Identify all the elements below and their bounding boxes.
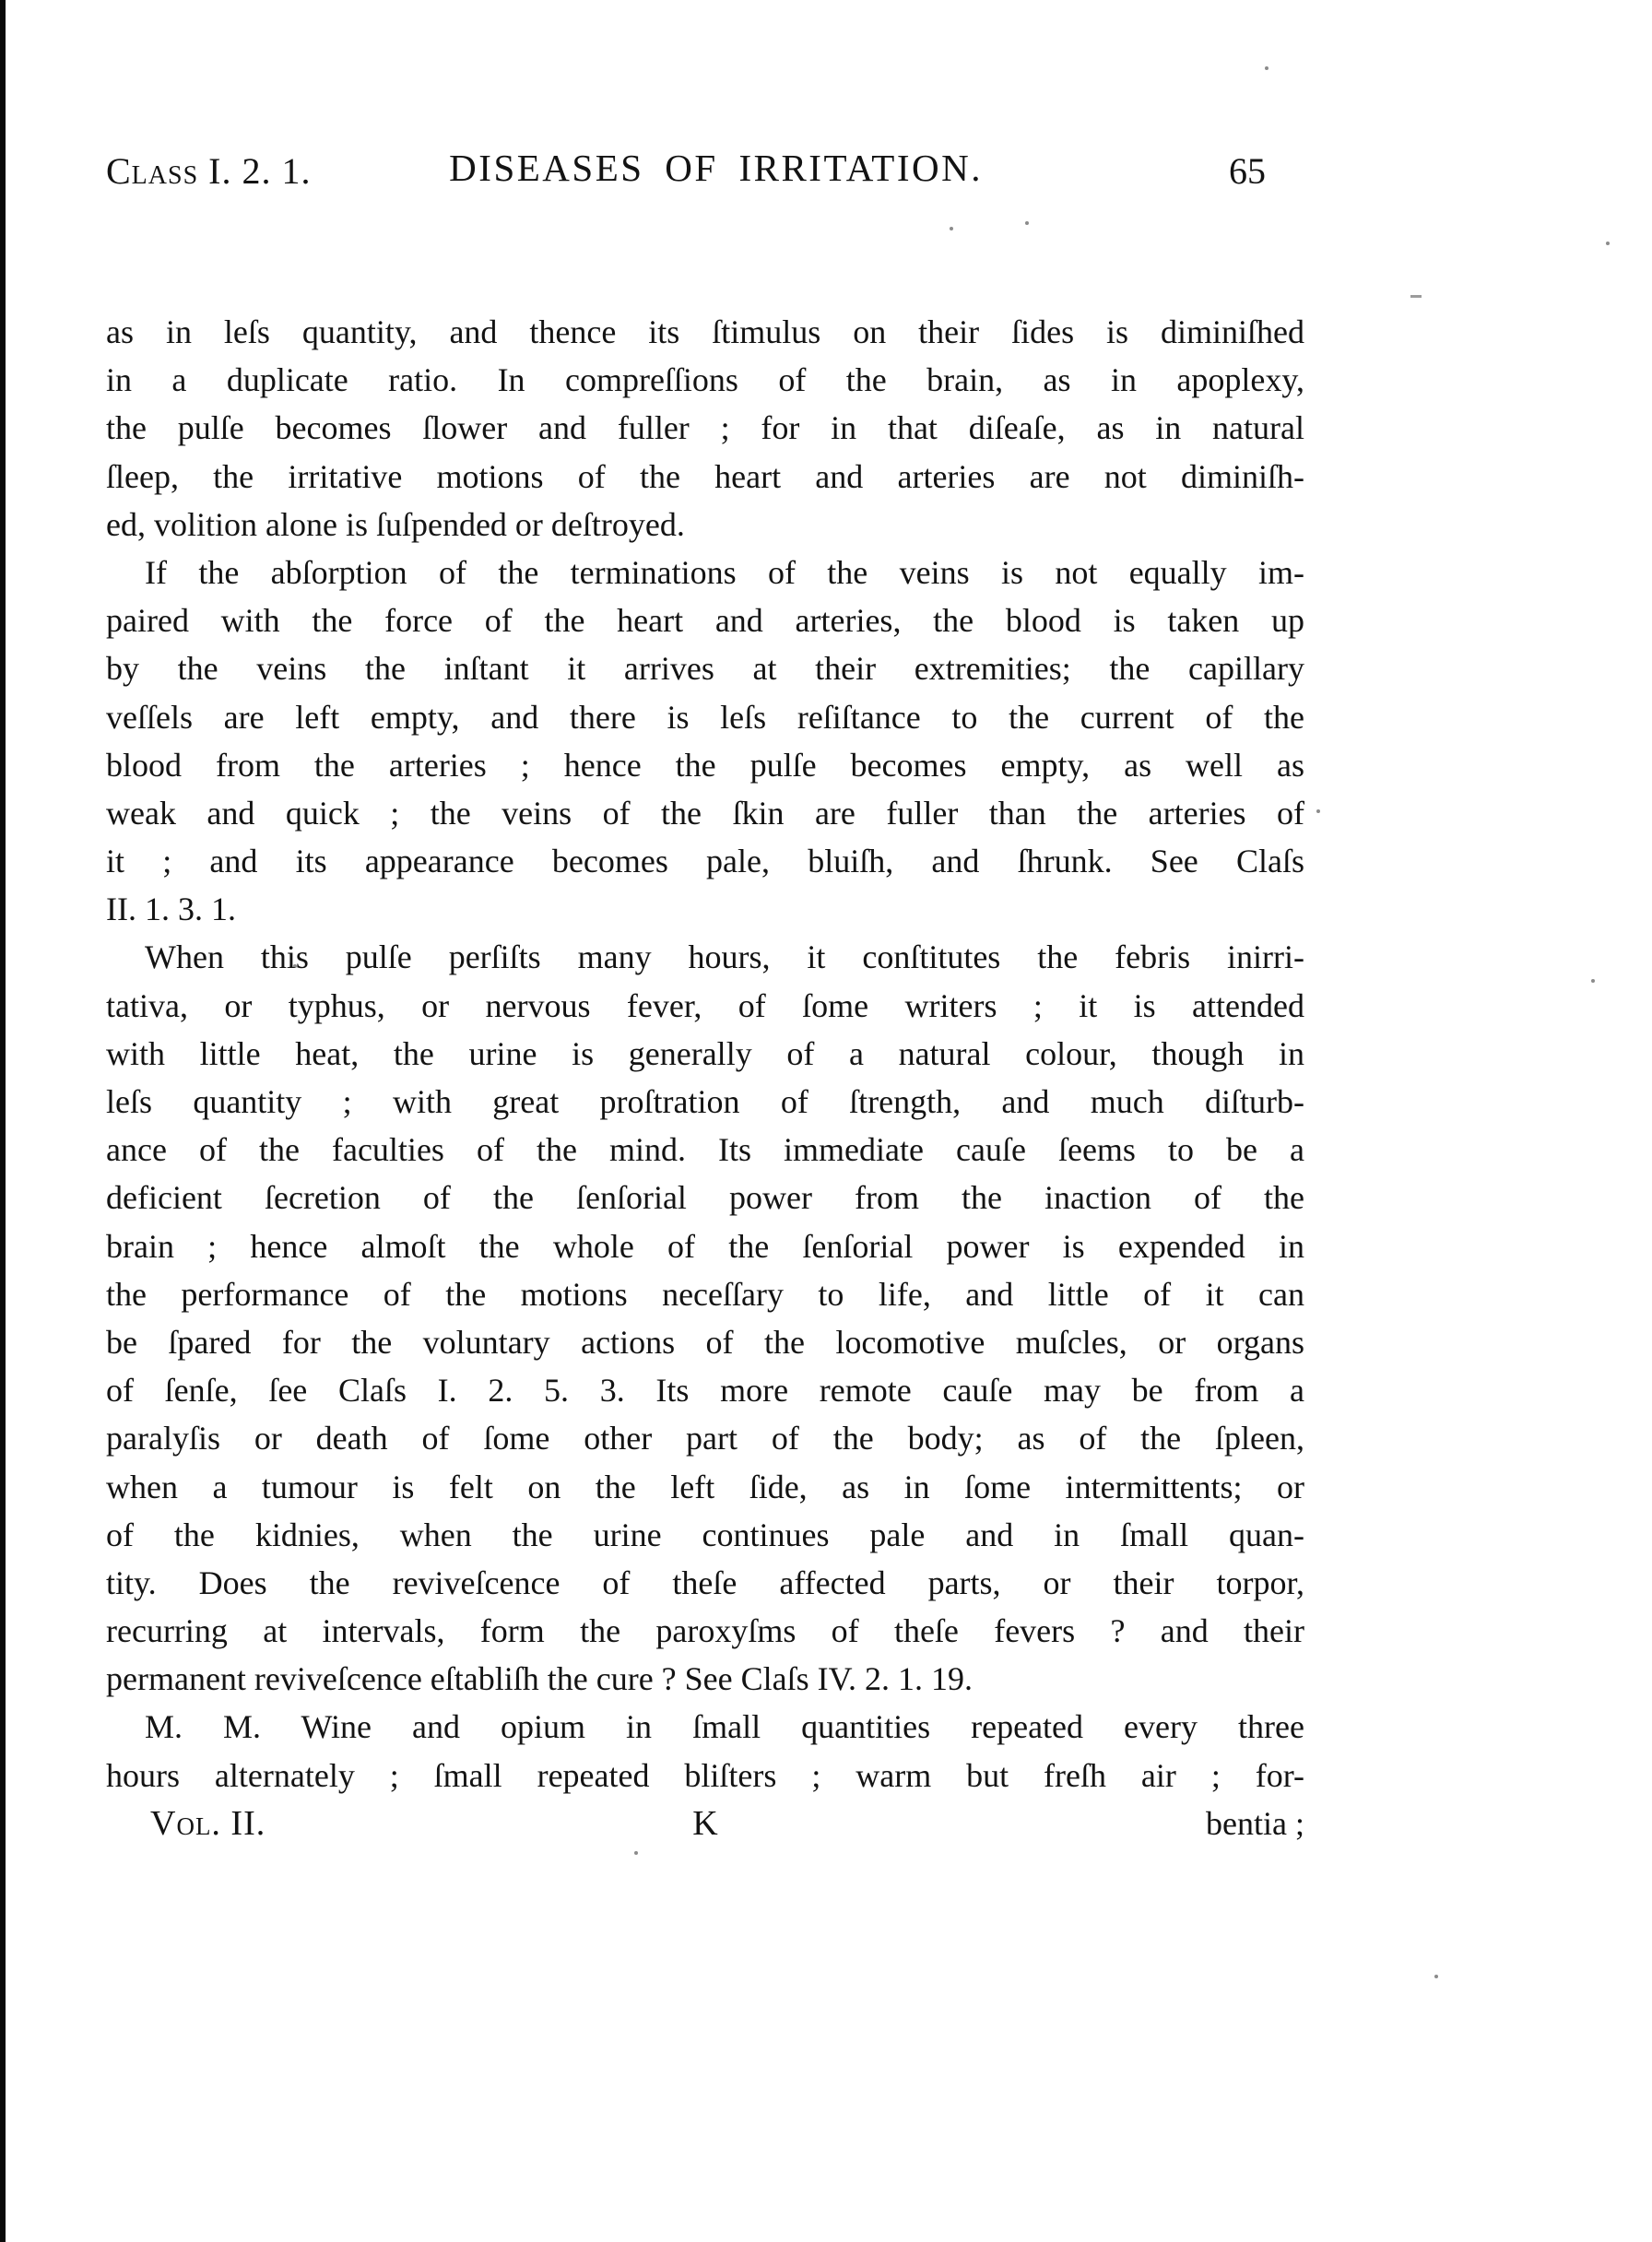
text-line: tity. Does the reviveſcence of theſe aff… <box>106 1559 1304 1607</box>
page-footer: Vol. II. K bentia ; <box>106 1799 1304 1848</box>
paragraph: If the abſorption of the terminations of… <box>106 549 1304 934</box>
paragraph: M. M. Wine and opium in ſmall quantities… <box>106 1703 1304 1799</box>
page-number: 65 <box>1229 149 1266 193</box>
text-line: weak and quick ; the veins of the ſkin a… <box>106 789 1304 837</box>
scan-gutter-edge <box>0 0 6 2242</box>
text-line: When this pulſe perſiſts many hours, it … <box>106 933 1304 981</box>
text-line: If the abſorption of the terminations of… <box>106 549 1304 596</box>
scan-speck <box>634 1851 638 1855</box>
page-title: DISEASES OF IRRITATION. <box>449 146 983 190</box>
text-line: it ; and its appearance becomes pale, bl… <box>106 837 1304 885</box>
scan-speck <box>293 964 297 968</box>
text-line: of the kidnies, when the urine continues… <box>106 1511 1304 1559</box>
scan-speck <box>1265 66 1268 70</box>
scan-speck <box>1591 979 1595 983</box>
signature-mark: K <box>692 1799 717 1848</box>
text-line: tativa, or typhus, or nervous fever, of … <box>106 982 1304 1030</box>
paragraph: as in leſs quantity, and thence its ſtim… <box>106 308 1304 549</box>
class-label: Class I. 2. 1. <box>106 149 311 193</box>
text-line: the performance of the motions neceſſary… <box>106 1270 1304 1318</box>
page-header: Class I. 2. 1. DISEASES OF IRRITATION. 6… <box>106 146 1304 194</box>
text-line: as in leſs quantity, and thence its ſtim… <box>106 308 1304 356</box>
text-line: of ſenſe, ſee Claſs I. 2. 5. 3. Its more… <box>106 1366 1304 1414</box>
paragraph: When this pulſe perſiſts many hours, it … <box>106 933 1304 1703</box>
text-line: ance of the faculties of the mind. Its i… <box>106 1126 1304 1174</box>
text-line: blood from the arteries ; hence the pulſ… <box>106 741 1304 789</box>
text-line: ſleep, the irritative motions of the hea… <box>106 453 1304 501</box>
scan-speck <box>1316 809 1320 813</box>
text-line: recurring at intervals, form the paroxyſ… <box>106 1607 1304 1655</box>
text-line: leſs quantity ; with great proſtration o… <box>106 1078 1304 1126</box>
text-line: deficient ſecretion of the ſenſorial pow… <box>106 1174 1304 1221</box>
text-line: II. 1. 3. 1. <box>106 885 1304 933</box>
body-text: as in leſs quantity, and thence its ſtim… <box>106 308 1304 1799</box>
text-line: paralyſis or death of ſome other part of… <box>106 1414 1304 1462</box>
catchword: bentia ; <box>1206 1799 1304 1848</box>
text-line: veſſels are left empty, and there is leſ… <box>106 693 1304 741</box>
scan-speck <box>1606 242 1610 245</box>
text-line: be ſpared for the voluntary actions of t… <box>106 1318 1304 1366</box>
volume-label: Vol. II. <box>150 1799 265 1848</box>
text-line: M. M. Wine and opium in ſmall quantities… <box>106 1703 1304 1751</box>
text-line: the pulſe becomes ſlower and fuller ; fo… <box>106 404 1304 452</box>
text-line: hours alternately ; ſmall repeated bliſt… <box>106 1752 1304 1799</box>
text-line: with little heat, the urine is generally… <box>106 1030 1304 1078</box>
scan-speck <box>1410 295 1422 298</box>
text-line: ed, volition alone is ſuſpended or deſtr… <box>106 501 1304 549</box>
scan-speck <box>1025 221 1029 225</box>
text-line: in a duplicate ratio. In compreſſions of… <box>106 356 1304 404</box>
text-line: by the veins the inſtant it arrives at t… <box>106 644 1304 692</box>
book-page: Class I. 2. 1. DISEASES OF IRRITATION. 6… <box>0 0 1652 2242</box>
scan-speck <box>950 227 953 230</box>
text-line: permanent reviveſcence eſtabliſh the cur… <box>106 1655 1304 1703</box>
text-line: when a tumour is felt on the left ſide, … <box>106 1463 1304 1511</box>
text-line: paired with the force of the heart and a… <box>106 596 1304 644</box>
scan-speck <box>1434 1975 1438 1978</box>
text-line: brain ; hence almoſt the whole of the ſe… <box>106 1222 1304 1270</box>
